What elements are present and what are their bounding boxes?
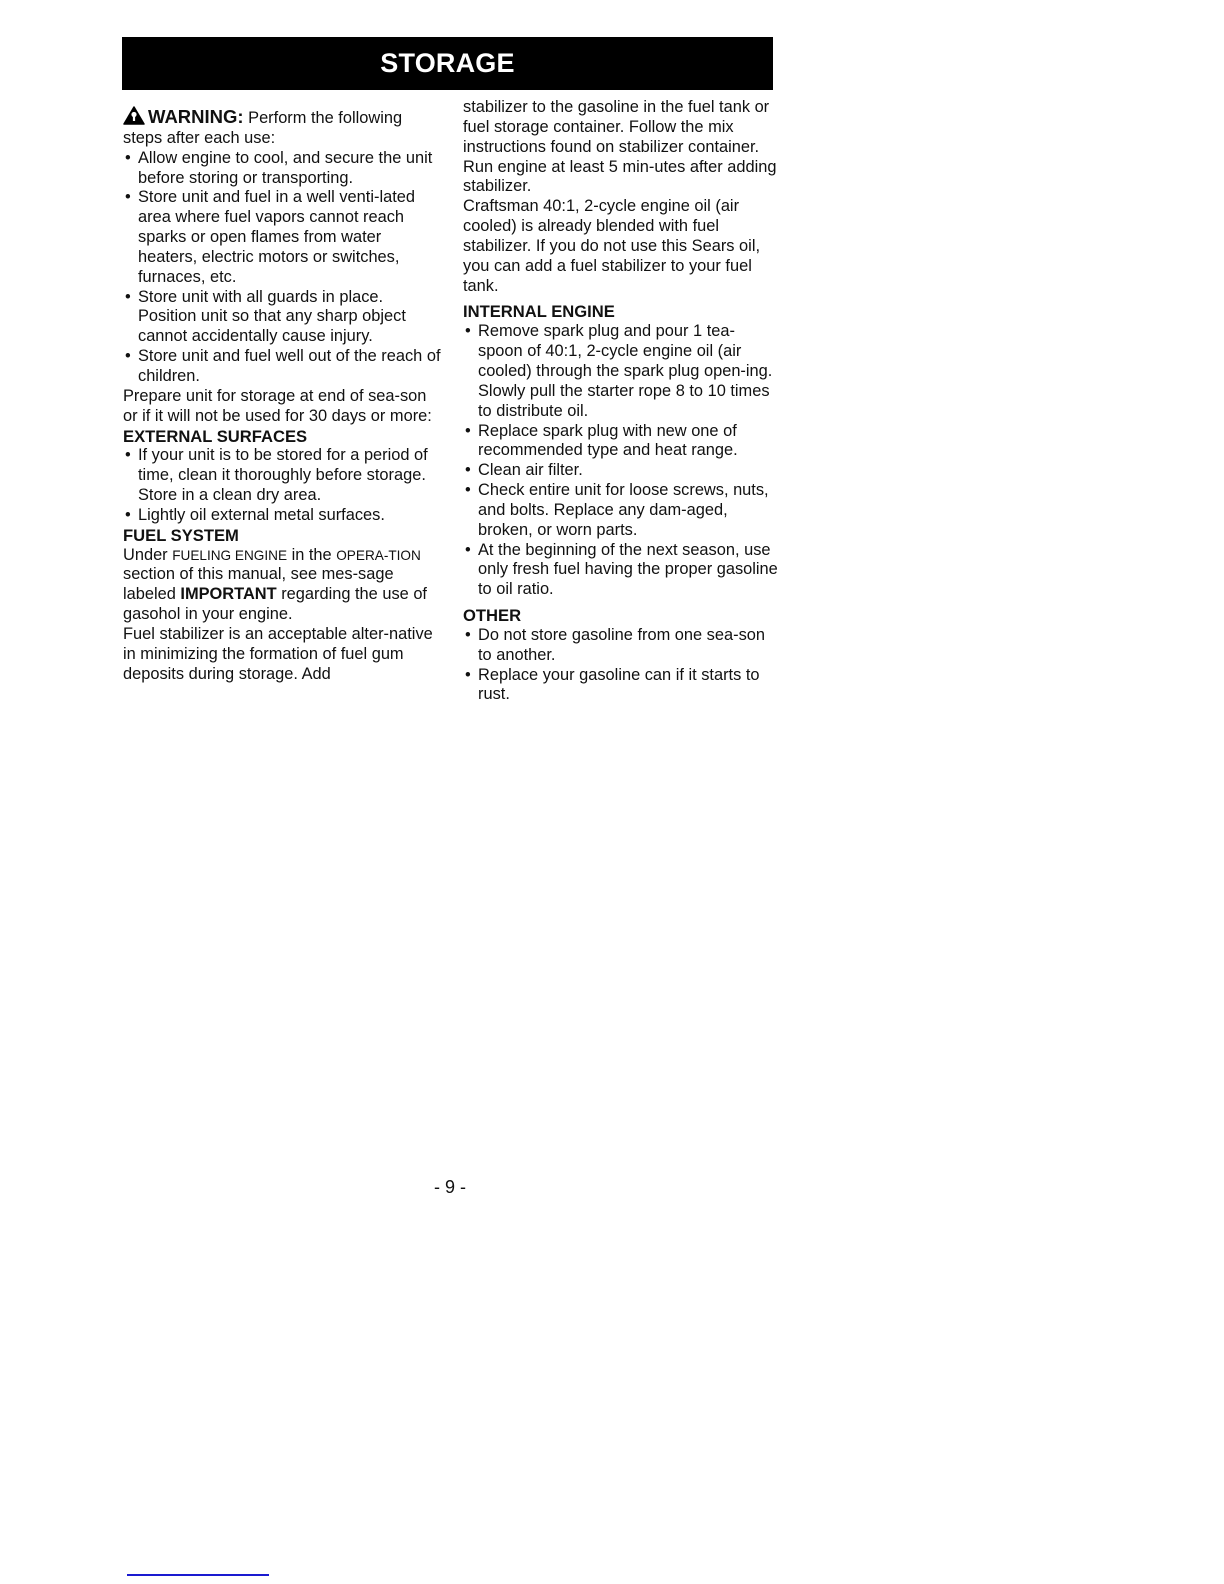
list-item: Allow engine to cool, and secure the uni… [123,149,441,189]
text-run-small-caps: OPERA-TION [336,548,421,563]
list-item: Store unit with all guards in place. Pos… [123,288,441,348]
left-column: WARNING: Perform the following steps aft… [123,98,441,684]
list-item: Check entire unit for loose screws, nuts… [463,481,778,541]
warning-intro: WARNING: Perform the following steps aft… [123,106,441,149]
list-item: Replace your gasoline can if it starts t… [463,666,778,706]
external-surfaces-list: If your unit is to be stored for a perio… [123,446,441,525]
list-item: Replace spark plug with new one of recom… [463,422,778,462]
important-label: IMPORTANT [180,585,276,603]
heading-other: OTHER [463,606,778,626]
fuel-system-paragraph-3: Craftsman 40:1, 2-cycle engine oil (air … [463,197,778,296]
warning-label: WARNING: [148,106,244,127]
other-list: Do not store gasoline from one sea-son t… [463,626,778,705]
footer-divider [127,1574,269,1576]
list-item: Clean air filter. [463,461,778,481]
list-item: Store unit and fuel in a well venti-late… [123,188,441,287]
list-item: Remove spark plug and pour 1 tea-spoon o… [463,322,778,421]
list-item: Store unit and fuel well out of the reac… [123,347,441,387]
warning-list: Allow engine to cool, and secure the uni… [123,149,441,387]
fuel-system-paragraph-1: Under FUELING ENGINE in the OPERA-TION s… [123,546,441,625]
list-item: At the beginning of the next season, use… [463,541,778,601]
heading-fuel-system: FUEL SYSTEM [123,526,441,546]
list-item: Lightly oil external metal surfaces. [123,506,441,526]
section-title-banner: STORAGE [122,37,773,90]
right-column: stabilizer to the gasoline in the fuel t… [463,98,778,705]
text-run: Under [123,546,172,564]
heading-internal-engine: INTERNAL ENGINE [463,302,778,322]
page-number: - 9 - [400,1177,500,1198]
list-item: Do not store gasoline from one sea-son t… [463,626,778,666]
list-item: If your unit is to be stored for a perio… [123,446,441,506]
heading-external-surfaces: EXTERNAL SURFACES [123,427,441,447]
text-run-small-caps: FUELING ENGINE [172,548,287,563]
text-run: in the [287,546,336,564]
prepare-text: Prepare unit for storage at end of sea-s… [123,387,441,427]
fuel-system-paragraph-2-continued: stabilizer to the gasoline in the fuel t… [463,98,778,197]
internal-engine-list: Remove spark plug and pour 1 tea-spoon o… [463,322,778,600]
page-title: STORAGE [380,48,514,79]
fuel-system-paragraph-2-start: Fuel stabilizer is an acceptable alter-n… [123,625,441,685]
warning-triangle-icon [123,106,145,125]
